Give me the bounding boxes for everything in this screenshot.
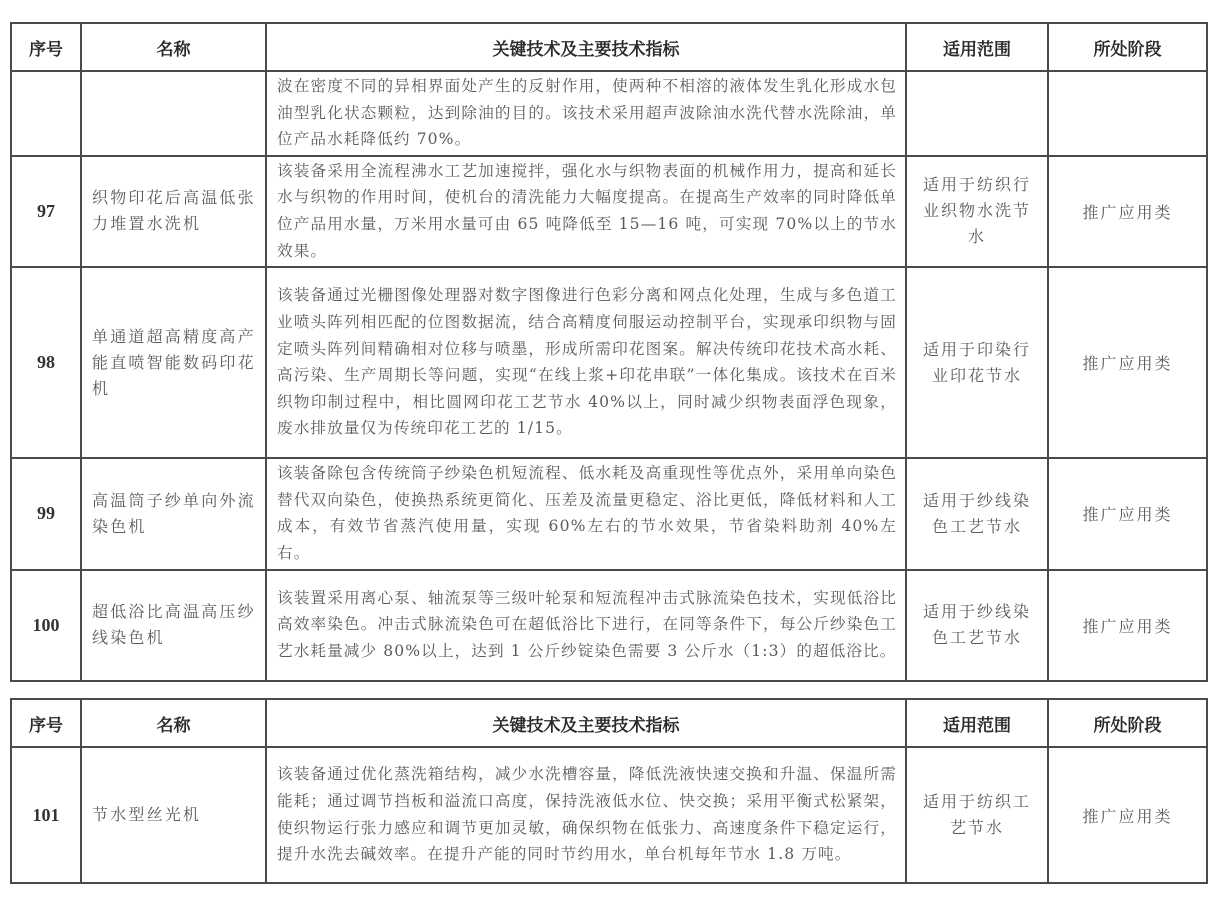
header-scope: 适用范围 [906,23,1048,71]
header-stage: 所处阶段 [1048,699,1207,747]
table-row: 101 节水型丝光机 该装备通过优化蒸洗箱结构，减少水洗槽容量，降低洗液快速交换… [11,747,1207,883]
cell-name: 高温筒子纱单向外流染色机 [81,458,266,569]
cell-scope: 适用于纱线染色工艺节水 [906,570,1048,681]
table-row: 97 织物印花后高温低张力堆置水洗机 该装备采用全流程沸水工艺加速搅拌，强化水与… [11,156,1207,267]
cell-stage: 推广应用类 [1048,458,1207,569]
header-name: 名称 [81,699,266,747]
cell-stage: 推广应用类 [1048,156,1207,267]
cell-stage: 推广应用类 [1048,267,1207,458]
cell-stage [1048,71,1207,156]
cell-scope: 适用于纺织工艺节水 [906,747,1048,883]
cell-name: 超低浴比高温高压纱线染色机 [81,570,266,681]
cell-tech: 该装备通过优化蒸洗箱结构，减少水洗槽容量，降低洗液快速交换和升温、保温所需能耗；… [266,747,906,883]
table-header-row: 序号 名称 关键技术及主要技术指标 适用范围 所处阶段 [11,23,1207,71]
table-row: 98 单通道超高精度高产能直喷智能数码印花机 该装备通过光栅图像处理器对数字图像… [11,267,1207,458]
cell-index [11,71,81,156]
cell-tech: 波在密度不同的异相界面处产生的反射作用，使两种不相溶的液体发生乳化形成水包油型乳… [266,71,906,156]
cell-index: 98 [11,267,81,458]
technology-table-2: 序号 名称 关键技术及主要技术指标 适用范围 所处阶段 101 节水型丝光机 该… [10,698,1208,884]
table-row-continued: 波在密度不同的异相界面处产生的反射作用，使两种不相溶的液体发生乳化形成水包油型乳… [11,71,1207,156]
header-index: 序号 [11,699,81,747]
header-tech: 关键技术及主要技术指标 [266,699,906,747]
header-scope: 适用范围 [906,699,1048,747]
table-row: 100 超低浴比高温高压纱线染色机 该装置采用离心泵、轴流泵等三级叶轮泵和短流程… [11,570,1207,681]
header-name: 名称 [81,23,266,71]
cell-scope [906,71,1048,156]
technology-table-1: 序号 名称 关键技术及主要技术指标 适用范围 所处阶段 波在密度不同的异相界面处… [10,22,1208,682]
cell-name: 织物印花后高温低张力堆置水洗机 [81,156,266,267]
cell-tech: 该装备采用全流程沸水工艺加速搅拌，强化水与织物表面的机械作用力，提高和延长水与织… [266,156,906,267]
cell-scope: 适用于纺织行业织物水洗节水 [906,156,1048,267]
header-tech: 关键技术及主要技术指标 [266,23,906,71]
table-row: 99 高温筒子纱单向外流染色机 该装备除包含传统筒子纱染色机短流程、低水耗及高重… [11,458,1207,569]
header-stage: 所处阶段 [1048,23,1207,71]
cell-stage: 推广应用类 [1048,747,1207,883]
cell-scope: 适用于印染行业印花节水 [906,267,1048,458]
cell-scope: 适用于纱线染色工艺节水 [906,458,1048,569]
cell-tech: 该装置采用离心泵、轴流泵等三级叶轮泵和短流程冲击式脉流染色技术，实现低浴比高效率… [266,570,906,681]
cell-index: 97 [11,156,81,267]
cell-name [81,71,266,156]
cell-index: 100 [11,570,81,681]
cell-stage: 推广应用类 [1048,570,1207,681]
cell-tech: 该装备通过光栅图像处理器对数字图像进行色彩分离和网点化处理，生成与多色道工业喷头… [266,267,906,458]
cell-index: 99 [11,458,81,569]
cell-tech: 该装备除包含传统筒子纱染色机短流程、低水耗及高重现性等优点外，采用单向染色替代双… [266,458,906,569]
cell-name: 单通道超高精度高产能直喷智能数码印花机 [81,267,266,458]
header-index: 序号 [11,23,81,71]
table-header-row: 序号 名称 关键技术及主要技术指标 适用范围 所处阶段 [11,699,1207,747]
cell-name: 节水型丝光机 [81,747,266,883]
cell-index: 101 [11,747,81,883]
